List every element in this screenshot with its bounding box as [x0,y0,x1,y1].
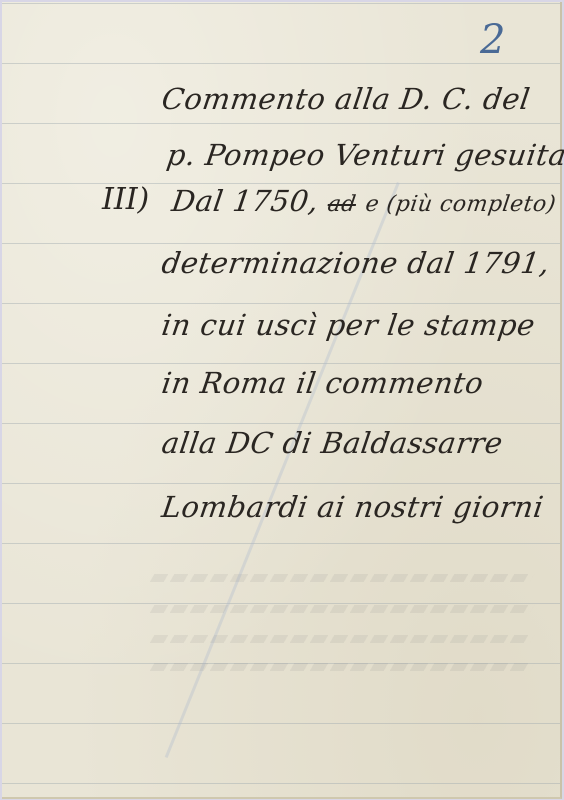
bleed-through-text [150,605,535,613]
section-marker: III) [102,182,149,217]
bleed-through-text [150,635,535,643]
manuscript-page: 2 III) Commento alla D. C. del p. Pompeo… [2,2,562,799]
handwritten-line-2: p. Pompeo Venturi gesuita [165,138,564,172]
handwritten-line-7: alla DC di Baldassarre [160,426,506,460]
bleed-through-text [150,663,535,671]
handwritten-line-5: in cui uscì per le stampe [160,308,538,342]
handwritten-line-3: Dal 1750, ad e (più completo) [170,184,559,218]
handwritten-line-8: Lombardi ai nostri giorni [160,490,546,524]
handwritten-line-6: in Roma il commento [160,366,486,400]
struck-word: ad [326,192,358,217]
line-3-tail: e (più completo) [364,192,558,217]
handwritten-line-1: Commento alla D. C. del [160,82,533,116]
line-3-main: Dal 1750, [170,184,321,218]
handwritten-line-4: determinazione dal 1791, [160,246,552,280]
page-number: 2 [480,20,505,60]
bleed-through-text [150,574,535,582]
